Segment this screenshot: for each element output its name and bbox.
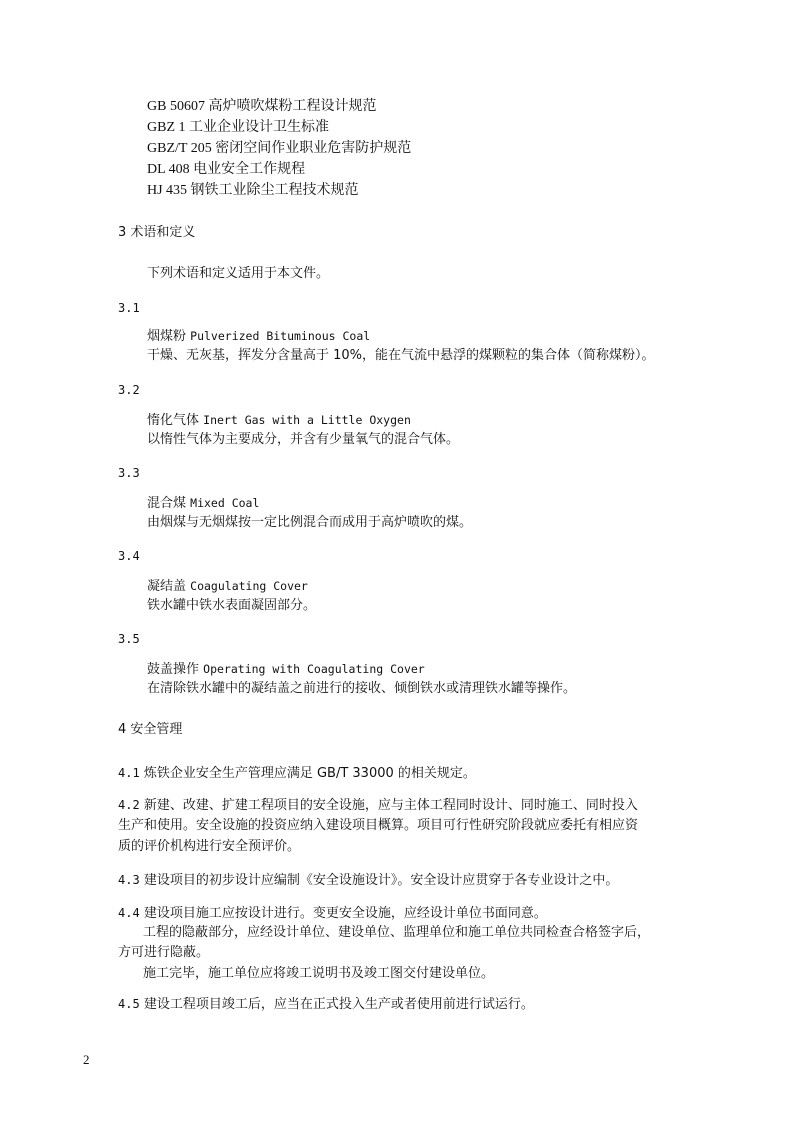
term-definition: 由烟煤与无烟煤按一定比例混合而成用于高炉喷吹的煤。 [147,515,472,531]
reference-item: GBZ/T 205 密闭空间作业职业危害防护规范 [147,141,411,157]
clause-number: 4.2 [118,798,140,812]
term-en: Operating with Coagulating Cover [203,662,425,676]
term-zh: 混合煤 [147,496,186,511]
clause: 4.5 建设工程项目竣工后，应当在正式投入生产或者使用前进行试运行。 [118,996,534,1013]
clause-paragraph: 施工完毕，施工单位应将竣工说明书及竣工图交付建设单位。 [143,966,494,982]
document-page: GB 50607 高炉喷吹煤粉工程设计规范 GBZ 1 工业企业设计卫生标准 G… [0,0,794,1123]
clause-text: 建设工程项目竣工后，应当在正式投入生产或者使用前进行试运行。 [144,997,534,1012]
term-definition: 在清除铁水罐中的凝结盖之前进行的接收、倾倒铁水或清理铁水罐等操作。 [147,681,576,697]
reference-item: DL 408 电业安全工作规程 [147,162,305,178]
term-number: 3.1 [118,300,140,316]
clause-text: 新建、改建、扩建工程项目的安全设施，应与主体工程同时设计、同时施工、同时投入 [144,798,638,813]
page-number: 2 [83,1052,90,1068]
clause-text-continued: 质的评价机构进行安全预评价。 [118,839,300,855]
section-heading: 4 安全管理 [118,722,182,738]
clause-number: 4.4 [118,906,140,920]
section-heading: 3 术语和定义 [118,225,195,241]
term-en: Coagulating Cover [190,579,308,593]
term-title: 混合煤 Mixed Coal [147,495,259,512]
term-title: 凝结盖 Coagulating Cover [147,578,308,595]
term-title: 惰化气体 Inert Gas with a Little Oxygen [147,412,411,429]
reference-item: GBZ 1 工业企业设计卫生标准 [147,120,329,136]
reference-item: HJ 435 钢铁工业除尘工程技术规范 [147,183,359,199]
term-definition: 干燥、无灰基，挥发分含量高于 10%，能在气流中悬浮的煤颗粒的集合体（简称煤粉）… [147,348,655,364]
clause-text-continued: 生产和使用。安全设施的投资应纳入建设项目概算。项目可行性研究阶段就应委托有相应资 [118,818,638,834]
clause: 4.2 新建、改建、扩建工程项目的安全设施，应与主体工程同时设计、同时施工、同时… [118,797,638,814]
term-title: 鼓盖操作 Operating with Coagulating Cover [147,661,425,678]
clause: 4.3 建设项目的初步设计应编制《安全设施设计》。安全设计应贯穿于各专业设计之中… [118,872,618,889]
term-number: 3.5 [118,631,140,647]
term-definition: 铁水罐中铁水表面凝固部分。 [147,598,316,614]
term-title: 烟煤粉 Pulverized Bituminous Coal [147,328,370,345]
term-number: 3.3 [118,465,140,481]
section-intro: 下列术语和定义适用于本文件。 [147,266,329,282]
term-en: Pulverized Bituminous Coal [190,329,370,343]
clause-paragraph-continued: 方可进行隐蔽。 [118,945,209,961]
term-zh: 烟煤粉 [147,329,186,344]
term-zh: 鼓盖操作 [147,662,199,677]
term-en: Mixed Coal [190,496,259,510]
term-en: Inert Gas with a Little Oxygen [203,413,411,427]
clause-number: 4.5 [118,997,140,1011]
term-definition: 以惰性气体为主要成分，并含有少量氧气的混合气体。 [147,432,459,448]
clause-paragraph: 工程的隐蔽部分，应经设计单位、建设单位、监理单位和施工单位共同检查合格签字后， [143,925,650,941]
clause-text: 建设项目施工应按设计进行。变更安全设施，应经设计单位书面同意。 [144,906,547,921]
clause-text: 炼铁企业安全生产管理应满足 GB/T 33000 的相关规定。 [144,766,476,781]
clause: 4.1 炼铁企业安全生产管理应满足 GB/T 33000 的相关规定。 [118,765,476,782]
term-number: 3.4 [118,548,140,564]
clause: 4.4 建设项目施工应按设计进行。变更安全设施，应经设计单位书面同意。 [118,905,547,922]
term-number: 3.2 [118,382,140,398]
clause-text: 建设项目的初步设计应编制《安全设施设计》。安全设计应贯穿于各专业设计之中。 [144,873,619,888]
clause-number: 4.3 [118,873,140,887]
term-zh: 凝结盖 [147,579,186,594]
clause-number: 4.1 [118,766,140,780]
term-zh: 惰化气体 [147,413,199,428]
reference-item: GB 50607 高炉喷吹煤粉工程设计规范 [147,99,376,115]
